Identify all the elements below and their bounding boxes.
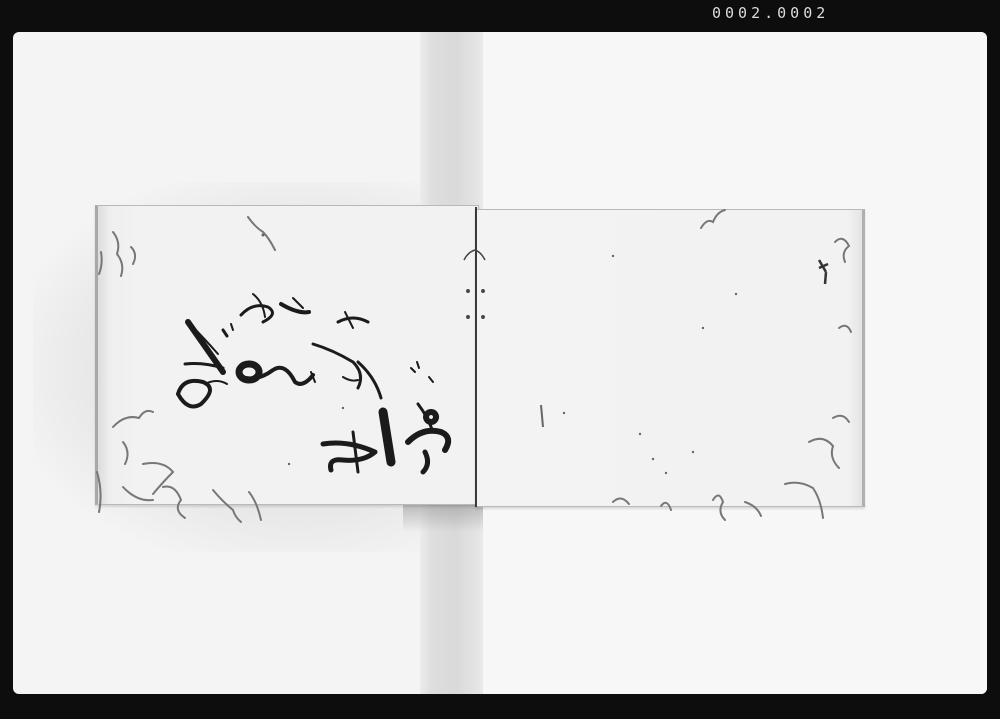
page-marks (13, 32, 987, 694)
frame-number: 0002.0002 (712, 4, 829, 22)
specks (262, 234, 738, 475)
page-corner-mark (819, 260, 828, 284)
film-exposure (13, 32, 987, 694)
calligraphy (178, 294, 448, 472)
microfilm-frame: 0002.0002 (0, 0, 1000, 719)
gutter-mark (464, 250, 485, 318)
